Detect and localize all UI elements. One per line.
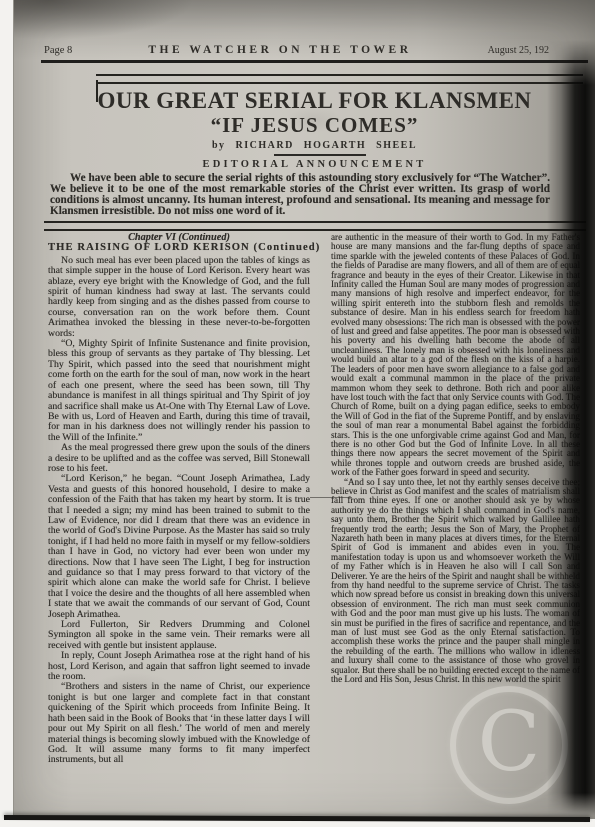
feature-headline-line1: OUR GREAT SERIAL FOR KLANSMEN <box>64 88 565 114</box>
page-number: Page 8 <box>44 45 72 56</box>
byline-rule <box>274 154 366 156</box>
feature-bottom-double-rule <box>44 221 586 231</box>
paper-background: Page 8 THE WATCHER ON THE TOWER August 2… <box>13 0 595 819</box>
serial-paragraph: “Lord Kerison,” he began. “Count Joseph … <box>48 474 310 620</box>
copyright-watermark-glyph: C <box>478 702 541 784</box>
serial-paragraph: “Brothers and sisters in the name of Chr… <box>48 682 310 765</box>
feature-headline-line2: “IF JESUS COMES” <box>64 113 565 138</box>
print-artifact-dash <box>310 497 352 498</box>
issue-date: August 25, 192 <box>488 45 549 56</box>
editorial-announcement-body: We have been able to secure the serial r… <box>50 173 550 217</box>
page-header: Page 8 THE WATCHER ON THE TOWER August 2… <box>44 44 549 56</box>
feature-top-double-rule <box>96 74 583 84</box>
serial-paragraph: No such meal has ever been placed upon t… <box>48 256 310 339</box>
section-heading: THE RAISING OF LORD KERISON (Continued) <box>48 243 310 253</box>
masthead-title: THE WATCHER ON THE TOWER <box>148 44 411 56</box>
serial-paragraph: “O, Mighty Spirit of Infinite Sustenance… <box>48 339 310 443</box>
copyright-watermark-icon: C <box>450 686 568 804</box>
article-column-left: Chapter VI (Continued) THE RAISING OF LO… <box>48 233 310 807</box>
byline-prefix: by <box>212 140 226 151</box>
header-rule <box>41 60 588 63</box>
feature-byline: by RICHARD HOGARTH SHEEL <box>64 140 565 151</box>
scanned-newspaper-page: Page 8 THE WATCHER ON THE TOWER August 2… <box>0 0 595 827</box>
serial-paragraph: are authentic in the measure of their wo… <box>331 233 580 478</box>
byline-author: RICHARD HOGARTH SHEEL <box>236 140 418 151</box>
serial-paragraph: As the meal progressed there grew upon t… <box>48 443 310 474</box>
editorial-announcement-heading: EDITORIAL ANNOUNCEMENT <box>64 159 565 170</box>
scan-bottom-page-edge <box>4 815 590 822</box>
serial-paragraph: “And so I say unto thee, let not thy ear… <box>331 478 580 685</box>
serial-paragraph: Lord Fullerton, Sir Redvers Drumming and… <box>48 620 310 651</box>
serial-paragraph: In reply, Count Joseph Arimathea rose at… <box>48 651 310 682</box>
